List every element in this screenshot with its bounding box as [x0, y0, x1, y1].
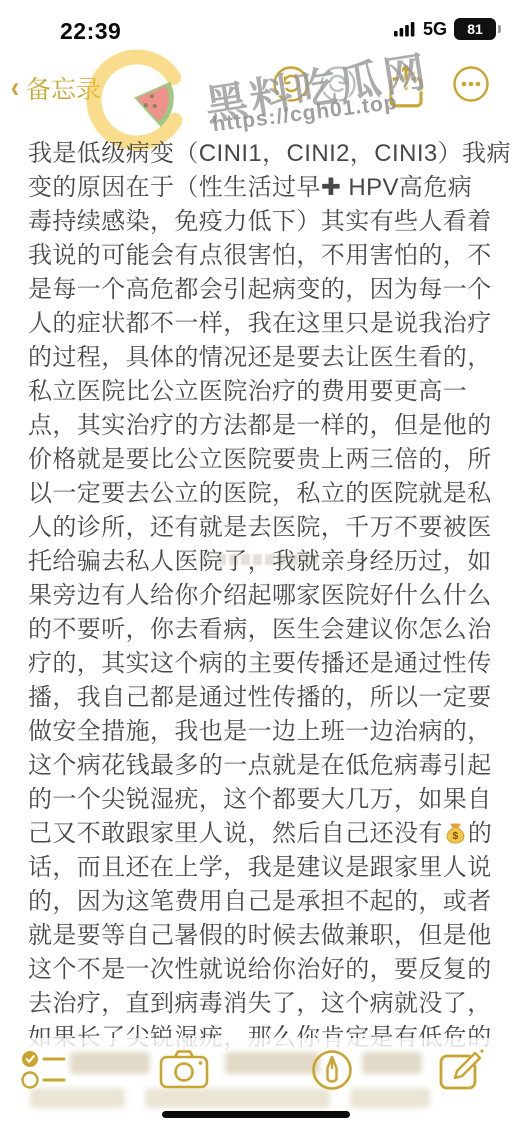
note-line: 变的原因在于（性生活过早✚ HPV高危病: [28, 171, 490, 205]
back-button[interactable]: ‹ 备忘录: [10, 70, 101, 106]
markup-button[interactable]: [310, 1048, 354, 1097]
home-indicator[interactable]: [162, 1111, 350, 1118]
note-line: 以一定要去公立的医院，私立的医院就是私: [28, 477, 490, 511]
note-line: 这个病花钱最多的一点就是在低危病毒引起: [28, 749, 490, 783]
notes-app-screen: 22:39 5G 81 ‹ 备忘录: [0, 0, 512, 1125]
status-right-cluster: 5G 81: [394, 18, 496, 40]
compose-button[interactable]: [435, 1048, 485, 1099]
note-line: 疗的，其实这个病的主要传播还是通过性传: [28, 647, 490, 681]
note-body[interactable]: 我是低级病变（CINI1，CINI2，CINI3）我病变的原因在于（性生活过早✚…: [28, 137, 490, 1047]
note-line: 毒持续感染，免疫力低下）其实有些人看着: [28, 205, 490, 239]
note-line: 我是低级病变（CINI1，CINI2，CINI3）我病: [28, 137, 490, 171]
status-time: 22:39: [60, 18, 121, 45]
note-line: 的，因为这笔费用自己是承担不起的，或者: [28, 885, 490, 919]
note-line: 人的症状都不一样，我在这里只是说我治疗: [28, 307, 490, 341]
note-line: 是每一个高危都会引起病变的，因为每一个: [28, 273, 490, 307]
note-line: 就是要等自己暑假的时候去做兼职，但是他: [28, 919, 490, 953]
more-button[interactable]: [451, 64, 491, 109]
note-line: 这个不是一次性就说给你治好的，要反复的: [28, 953, 490, 987]
ghost-text-fragment: [350, 1088, 430, 1108]
redo-button[interactable]: [318, 64, 358, 109]
share-icon: [385, 62, 427, 110]
note-line: 价格就是要比公立医院要贵上两三倍的，所: [28, 443, 490, 477]
battery-icon: 81: [454, 18, 496, 40]
note-line: 的过程，具体的情况还是要去让医生看的，: [28, 341, 490, 375]
share-button[interactable]: [385, 62, 427, 115]
note-line: 己又不敢跟家里人说，然后自己还没有$的: [28, 817, 490, 851]
ghost-text-fragment: [70, 1052, 150, 1074]
compose-icon: [435, 1048, 485, 1094]
money-bag-emoji: $: [444, 820, 467, 843]
cellular-signal-icon: [394, 21, 416, 37]
note-line: 的一个尖锐湿疣，这个都要大几万，如果自: [28, 783, 490, 817]
markup-pen-icon: [310, 1048, 354, 1092]
nav-bar: ‹ 备忘录: [0, 56, 512, 126]
status-bar: 22:39 5G 81: [0, 0, 512, 54]
note-line: 话，而且还在上学，我是建议是跟家里人说: [28, 851, 490, 885]
note-line: 做安全措施，我也是一边上班一边治病的，: [28, 715, 490, 749]
undo-button[interactable]: [271, 64, 311, 109]
note-line: 点，其实治疗的方法都是一样的，但是他的: [28, 409, 490, 443]
note-line: 我说的可能会有点很害怕，不用害怕的，不: [28, 239, 490, 273]
svg-text:$: $: [452, 830, 458, 842]
note-line: 果旁边有人给你介绍起哪家医院好什么什么: [28, 579, 490, 613]
note-line: 托给骗去私人医院了，我就亲身经历过，如: [28, 545, 490, 579]
note-line: 去治疗，直到病毒消失了，这个病就没了，: [28, 987, 490, 1021]
note-line: 人的诊所，还有就是去医院，千万不要被医: [28, 511, 490, 545]
note-line: 私立医院比公立医院治疗的费用要更高一: [28, 375, 490, 409]
ghost-text-fragment: [362, 1052, 422, 1074]
more-ellipsis-icon: [451, 64, 491, 104]
battery-nub: [498, 25, 502, 33]
undo-icon: [271, 64, 311, 104]
checklist-icon: [20, 1048, 66, 1090]
ghost-text-fragment: [225, 1052, 320, 1074]
camera-icon: [158, 1048, 210, 1090]
battery-percent: 81: [467, 21, 483, 37]
note-line: 的不要听，你去看病，医生会建议你怎么治: [28, 613, 490, 647]
network-type-label: 5G: [423, 19, 447, 40]
chevron-left-icon: ‹: [11, 73, 19, 103]
checklist-button[interactable]: [20, 1048, 66, 1095]
redo-icon: [318, 64, 358, 104]
camera-button[interactable]: [158, 1048, 210, 1095]
back-button-label: 备忘录: [26, 70, 101, 106]
note-line: 播，我自己都是通过性传播的，所以一定要: [28, 681, 490, 715]
